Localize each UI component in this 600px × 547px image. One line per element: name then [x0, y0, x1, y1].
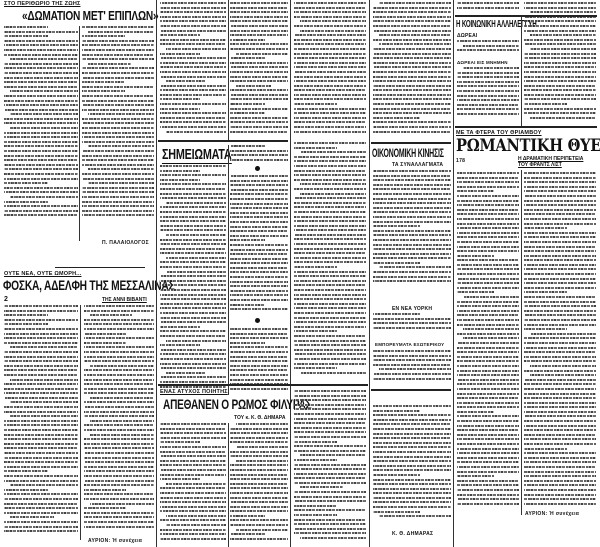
text-line [524, 370, 596, 372]
text-line [82, 196, 154, 198]
text-line [524, 25, 596, 27]
text-line [294, 160, 366, 162]
text-line [524, 291, 567, 293]
text-line [84, 388, 154, 390]
text-line [524, 328, 567, 330]
text-line [236, 85, 271, 87]
text-line [230, 428, 288, 430]
text-line [373, 378, 451, 380]
text-line [82, 104, 154, 106]
text-line [230, 374, 288, 376]
text-line [524, 273, 596, 275]
text-line [524, 452, 596, 454]
text-line [84, 457, 154, 459]
text-line [84, 498, 154, 500]
text-line [294, 98, 366, 100]
text-line [524, 484, 596, 486]
text-column-simeiomata-1 [160, 165, 226, 393]
text-line [4, 466, 78, 468]
text-line [457, 81, 519, 83]
text-line [160, 57, 226, 59]
text-line [230, 360, 288, 362]
text-line [82, 49, 154, 51]
text-line [230, 356, 288, 358]
text-line [524, 388, 596, 390]
text-line [463, 296, 519, 298]
text-line [457, 232, 519, 234]
text-line [230, 98, 288, 100]
text-line [524, 466, 596, 468]
text-line [4, 323, 48, 325]
text-line [294, 500, 366, 502]
text-line [294, 11, 366, 13]
text-line [4, 443, 78, 445]
text-line [294, 243, 366, 245]
text-line [230, 184, 288, 186]
text-line [160, 289, 226, 291]
text-line [524, 218, 596, 220]
text-line [236, 460, 288, 462]
text-line [160, 261, 226, 263]
text-line [230, 249, 288, 251]
text-column-allilegyi-1 [457, 40, 519, 57]
text-line [524, 489, 596, 491]
text-line [524, 209, 596, 211]
text-line [160, 437, 226, 439]
text-line [82, 210, 154, 212]
text-line [457, 108, 519, 110]
text-line [4, 191, 78, 193]
text-line [160, 519, 226, 521]
text-line [463, 67, 519, 69]
text-line [160, 497, 226, 499]
text-line [160, 112, 226, 114]
text-line [524, 337, 596, 339]
text-line [457, 448, 519, 450]
text-line [160, 121, 226, 123]
text-line [4, 141, 78, 143]
text-line [160, 451, 226, 453]
text-line [160, 252, 226, 254]
text-line [160, 538, 226, 540]
text-line [379, 368, 451, 370]
text-line [524, 411, 596, 413]
text-line [294, 294, 366, 296]
text-line [230, 216, 288, 218]
text-line [230, 333, 288, 335]
text-line [4, 150, 78, 152]
text-line [160, 206, 226, 208]
text-line [230, 342, 265, 344]
headline-foska[interactable]: ΦΟΣΚΑ, ΑΔΕΛΦΗ ΤΗΣ ΜΕΣΣΑΛΙΝΑΣ [3, 277, 174, 293]
text-line [160, 510, 226, 512]
text-line [84, 392, 154, 394]
text-line [457, 204, 519, 206]
text-line [294, 280, 366, 282]
text-line [524, 406, 596, 408]
text-line [10, 127, 78, 129]
text-line [524, 43, 596, 45]
text-line [457, 177, 519, 179]
text-line [4, 305, 78, 307]
text-line [373, 39, 451, 41]
text-line [524, 62, 596, 64]
text-line [294, 519, 366, 521]
headline-thyella[interactable]: ΡΩΜΑΝΤΙΚΗ ΘΥΕΛΛΑ [456, 136, 600, 156]
text-line [82, 90, 125, 92]
text-line [373, 230, 451, 232]
text-line [230, 207, 288, 209]
text-line [463, 337, 519, 339]
text-line [373, 94, 451, 96]
text-line [524, 443, 596, 445]
text-line [84, 351, 154, 353]
text-line [160, 294, 226, 296]
text-line [230, 117, 288, 119]
text-line [4, 333, 78, 335]
text-line [82, 44, 154, 46]
text-line [457, 227, 519, 229]
text-line [373, 469, 451, 471]
text-line [457, 347, 519, 349]
text-line [84, 369, 154, 371]
text-line [294, 57, 366, 59]
text-line [373, 53, 451, 55]
text-line [84, 406, 154, 408]
text-line [457, 484, 519, 486]
subhead-thyella-2: ΤΟΥ ΦΡΑΝΤΣ ΛΙΣΤ [518, 162, 562, 168]
text-line [166, 340, 226, 342]
text-line [160, 188, 226, 190]
text-line [160, 85, 226, 87]
text-line [4, 173, 78, 175]
text-line [160, 11, 226, 13]
continued-foska: ΑΥΡΙΟΝ: Ή συνέχεια [88, 538, 142, 544]
text-line [524, 420, 596, 422]
text-line [4, 118, 78, 120]
text-line [160, 248, 226, 250]
text-line [4, 365, 78, 367]
text-line [84, 360, 154, 362]
text-line [84, 328, 154, 330]
column-rule [521, 16, 522, 126]
text-line [373, 234, 451, 236]
text-line [373, 211, 451, 213]
text-line [4, 356, 78, 358]
text-line [294, 427, 366, 429]
text-line [457, 113, 519, 115]
text-line [457, 466, 519, 468]
text-line [230, 108, 288, 110]
text-line [160, 353, 226, 355]
divider [55, 267, 145, 268]
column-rule [156, 0, 157, 547]
text-line [230, 441, 288, 443]
headline-filyras[interactable]: ΑΠΕΘΑΝΕΝ Ο ΡΩΜΟΣ ΦΙΛΥΡΑΣ [163, 396, 311, 412]
text-line [160, 533, 226, 535]
text-line [4, 521, 78, 523]
text-line [294, 335, 366, 337]
text-line [230, 76, 288, 78]
text-line [82, 86, 154, 88]
text-line [373, 202, 451, 204]
text-line [457, 186, 519, 188]
text-line [160, 108, 200, 110]
text-line [457, 393, 519, 395]
text-line [524, 181, 596, 183]
text-line [457, 99, 519, 101]
text-column-thyella-2 [524, 172, 596, 508]
text-line [294, 188, 366, 190]
text-line [373, 276, 451, 278]
text-line [230, 103, 265, 105]
text-line [524, 20, 596, 22]
text-line [294, 418, 366, 420]
text-line [457, 324, 519, 326]
text-line [230, 519, 288, 521]
text-column-oikonomiki-3 [373, 350, 451, 386]
text-line [236, 529, 288, 531]
text-line [530, 333, 596, 335]
text-line [84, 493, 154, 495]
text-line [373, 71, 451, 73]
text-line [530, 374, 596, 376]
text-line [4, 104, 78, 106]
text-line [524, 310, 596, 312]
text-line [160, 330, 226, 332]
text-line [160, 284, 226, 286]
text-line [524, 190, 596, 192]
text-line [4, 310, 78, 312]
text-line [84, 346, 154, 348]
text-line [230, 62, 288, 64]
text-line [294, 179, 366, 181]
text-line [294, 156, 366, 158]
text-line [4, 530, 78, 532]
text-line [294, 307, 366, 309]
text-line [160, 275, 226, 277]
text-line [524, 53, 596, 55]
text-line [10, 346, 78, 348]
text-line [373, 257, 451, 259]
text-line [457, 356, 519, 358]
text-line [230, 281, 288, 283]
text-line [524, 108, 596, 110]
text-line [294, 16, 366, 18]
text-line [90, 365, 154, 367]
text-line [230, 290, 288, 292]
text-line [160, 243, 226, 245]
text-line [379, 43, 451, 45]
text-line [457, 406, 519, 408]
text-line [524, 177, 596, 179]
headline-oikonomiki[interactable]: ΟΙΚΟΝΟΜΙΚΗ ΚΙΝΗΣΙΣ [372, 146, 444, 160]
text-line [524, 2, 596, 4]
text-line [524, 227, 567, 229]
text-line [230, 510, 288, 512]
text-line [294, 165, 366, 167]
text-line [457, 259, 519, 261]
text-line [10, 379, 78, 381]
text-line [524, 324, 596, 326]
text-line [294, 441, 337, 443]
text-line [230, 346, 288, 348]
text-line [373, 25, 451, 27]
text-line [82, 77, 154, 79]
text-line [457, 402, 519, 404]
text-line [373, 57, 451, 59]
text-line [230, 379, 288, 381]
text-column-top-3 [294, 2, 366, 138]
text-line [457, 498, 519, 500]
text-line [373, 80, 451, 82]
text-column-allilegyi-2 [457, 67, 519, 122]
article-kicker-domation: ΣΤΟ ΠΕΡΙΘΩΡΙΟ ΤΗΣ ΖΩΗΣ [4, 1, 81, 7]
text-line [294, 34, 366, 36]
text-line [457, 76, 519, 78]
text-line [373, 327, 451, 329]
text-line [230, 478, 288, 480]
text-line [88, 145, 154, 147]
text-line [373, 170, 451, 172]
text-line [457, 250, 519, 252]
text-line [294, 220, 366, 222]
text-line [524, 379, 596, 381]
text-column-top-4 [373, 2, 451, 138]
text-line [373, 506, 451, 508]
text-line [294, 108, 366, 110]
text-line [373, 451, 451, 453]
text-line [530, 11, 596, 13]
text-line [160, 117, 226, 119]
text-line [457, 49, 519, 51]
text-line [4, 512, 78, 514]
text-line [230, 203, 288, 205]
headline-simeiomata[interactable]: ΣΗΜΕΙΩΜΑΤΑ [162, 146, 231, 164]
column-rule [80, 305, 81, 540]
text-line [82, 205, 154, 207]
text-line [84, 512, 154, 514]
text-line [300, 193, 366, 195]
text-line [373, 98, 451, 100]
text-line [230, 193, 288, 195]
text-line [294, 53, 366, 55]
section-bullet [255, 166, 260, 171]
text-line [230, 253, 288, 255]
text-line [90, 420, 154, 422]
text-line [294, 514, 337, 516]
text-line [294, 48, 366, 50]
text-line [4, 452, 78, 454]
text-line [524, 448, 567, 450]
text-line [530, 48, 596, 50]
text-line [457, 90, 519, 92]
text-line [84, 305, 154, 307]
text-line [373, 373, 451, 375]
text-line [82, 201, 154, 203]
text-line [160, 66, 226, 68]
text-line [82, 72, 154, 74]
text-line [230, 497, 288, 499]
text-line [457, 223, 519, 225]
text-line [4, 374, 78, 376]
text-line [457, 218, 519, 220]
text-line [4, 424, 78, 426]
text-line [4, 31, 78, 33]
text-line [524, 434, 596, 436]
text-line [160, 216, 226, 218]
text-line [294, 225, 366, 227]
text-line [457, 236, 519, 238]
text-line [457, 420, 519, 422]
text-line [230, 492, 288, 494]
text-line [373, 66, 451, 68]
text-line [294, 76, 366, 78]
text-line [294, 340, 366, 342]
text-line [457, 305, 519, 307]
text-column-filyras-4 [373, 405, 451, 520]
text-line [457, 494, 519, 496]
text-line [294, 147, 337, 149]
text-line [82, 67, 154, 69]
text-line [4, 67, 78, 69]
text-line [160, 358, 226, 360]
text-line [230, 464, 288, 466]
column-rule [369, 0, 370, 547]
headline-domation[interactable]: «ΔΩΜΑΤΙΟΝ ΜΕΤ' ΕΠΙΠΛΩΝ» [22, 8, 158, 23]
text-line [524, 204, 596, 206]
text-line [457, 342, 519, 344]
text-line [166, 48, 226, 50]
text-line [524, 438, 596, 440]
text-line [373, 193, 451, 195]
text-line [230, 221, 288, 223]
text-line [230, 432, 288, 434]
text-line [4, 77, 78, 79]
text-line [373, 355, 451, 357]
text-line [10, 58, 78, 60]
text-line [373, 30, 451, 32]
text-line [230, 159, 288, 161]
text-line [294, 450, 366, 452]
text-line [82, 40, 154, 42]
text-line [230, 94, 288, 96]
text-line [230, 474, 288, 476]
text-line [230, 175, 288, 177]
text-line [4, 397, 78, 399]
text-line [524, 98, 596, 100]
text-line [230, 515, 265, 517]
text-line [166, 234, 226, 236]
text-line [230, 30, 288, 32]
text-line [463, 45, 519, 47]
text-line [88, 182, 154, 184]
text-line [84, 466, 154, 468]
text-line [457, 301, 519, 303]
text-line [82, 136, 154, 138]
text-line [230, 501, 288, 503]
text-line [160, 312, 226, 314]
text-line [300, 454, 366, 456]
text-line [457, 383, 519, 385]
text-line [294, 275, 366, 277]
text-line [373, 271, 451, 273]
text-line [373, 364, 451, 366]
text-line [4, 132, 78, 134]
text-line [84, 452, 154, 454]
text-line [373, 7, 451, 9]
text-line [294, 473, 366, 475]
